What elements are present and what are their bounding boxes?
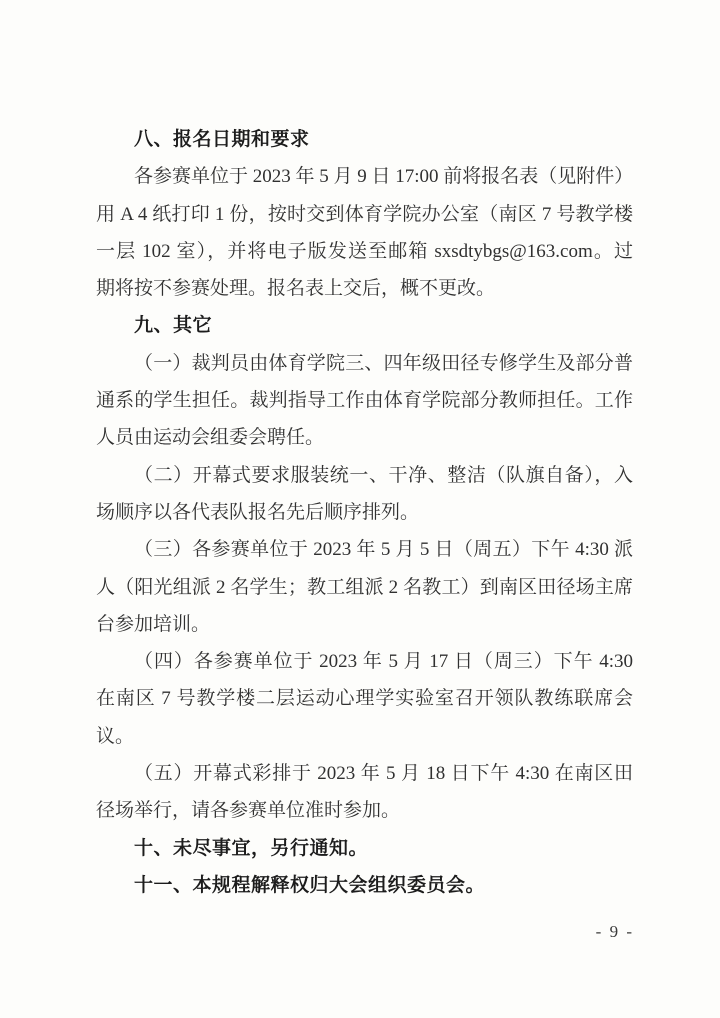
paragraph-line: （四）各参赛单位于 2023 年 5 月 17 日（周三）下午 4:30: [96, 643, 633, 680]
paragraph-line: （二）开幕式要求服装统一、干净、整洁（队旗自备），入: [96, 457, 633, 494]
section-heading: 十一、本规程解释权归大会组织委员会。: [96, 867, 633, 904]
paragraph-line: 各参赛单位于 2023 年 5 月 9 日 17:00 前将报名表（见附件）: [96, 158, 633, 195]
section-heading: 十、未尽事宜，另行通知。: [96, 830, 633, 867]
paragraph-line: （三）各参赛单位于 2023 年 5 月 5 日（周五）下午 4:30 派: [96, 531, 633, 568]
page-number: - 9 -: [596, 922, 634, 942]
document-content: 八、报名日期和要求各参赛单位于 2023 年 5 月 9 日 17:00 前将报…: [96, 121, 633, 904]
paragraph-line: 场顺序以各代表队报名先后顺序排列。: [96, 494, 633, 531]
paragraph-line: （一）裁判员由体育学院三、四年级田径专修学生及部分普: [96, 345, 633, 382]
paragraph-line: 台参加培训。: [96, 606, 633, 643]
section-heading: 九、其它: [96, 307, 633, 344]
paragraph-line: 径场举行，请各参赛单位准时参加。: [96, 792, 633, 829]
paragraph-line: 用 A 4 纸打印 1 份，按时交到体育学院办公室（南区 7 号教学楼: [96, 196, 633, 233]
paragraph-line: （五）开幕式彩排于 2023 年 5 月 18 日下午 4:30 在南区田: [96, 755, 633, 792]
paragraph-line: 人员由运动会组委会聘任。: [96, 419, 633, 456]
paragraph-line: 期将按不参赛处理。报名表上交后，概不更改。: [96, 270, 633, 307]
paragraph-line: 人（阳光组派 2 名学生；教工组派 2 名教工）到南区田径场主席: [96, 569, 633, 606]
paragraph-line: 在南区 7 号教学楼二层运动心理学实验室召开领队教练联席会: [96, 680, 633, 717]
paragraph-line: 议。: [96, 718, 633, 755]
document-page: 八、报名日期和要求各参赛单位于 2023 年 5 月 9 日 17:00 前将报…: [0, 0, 720, 1018]
section-heading: 八、报名日期和要求: [96, 121, 633, 158]
paragraph-line: 通系的学生担任。裁判指导工作由体育学院部分教师担任。工作: [96, 382, 633, 419]
paragraph-line: 一层 102 室），并将电子版发送至邮箱 sxsdtybgs@163.com。过: [96, 233, 633, 270]
